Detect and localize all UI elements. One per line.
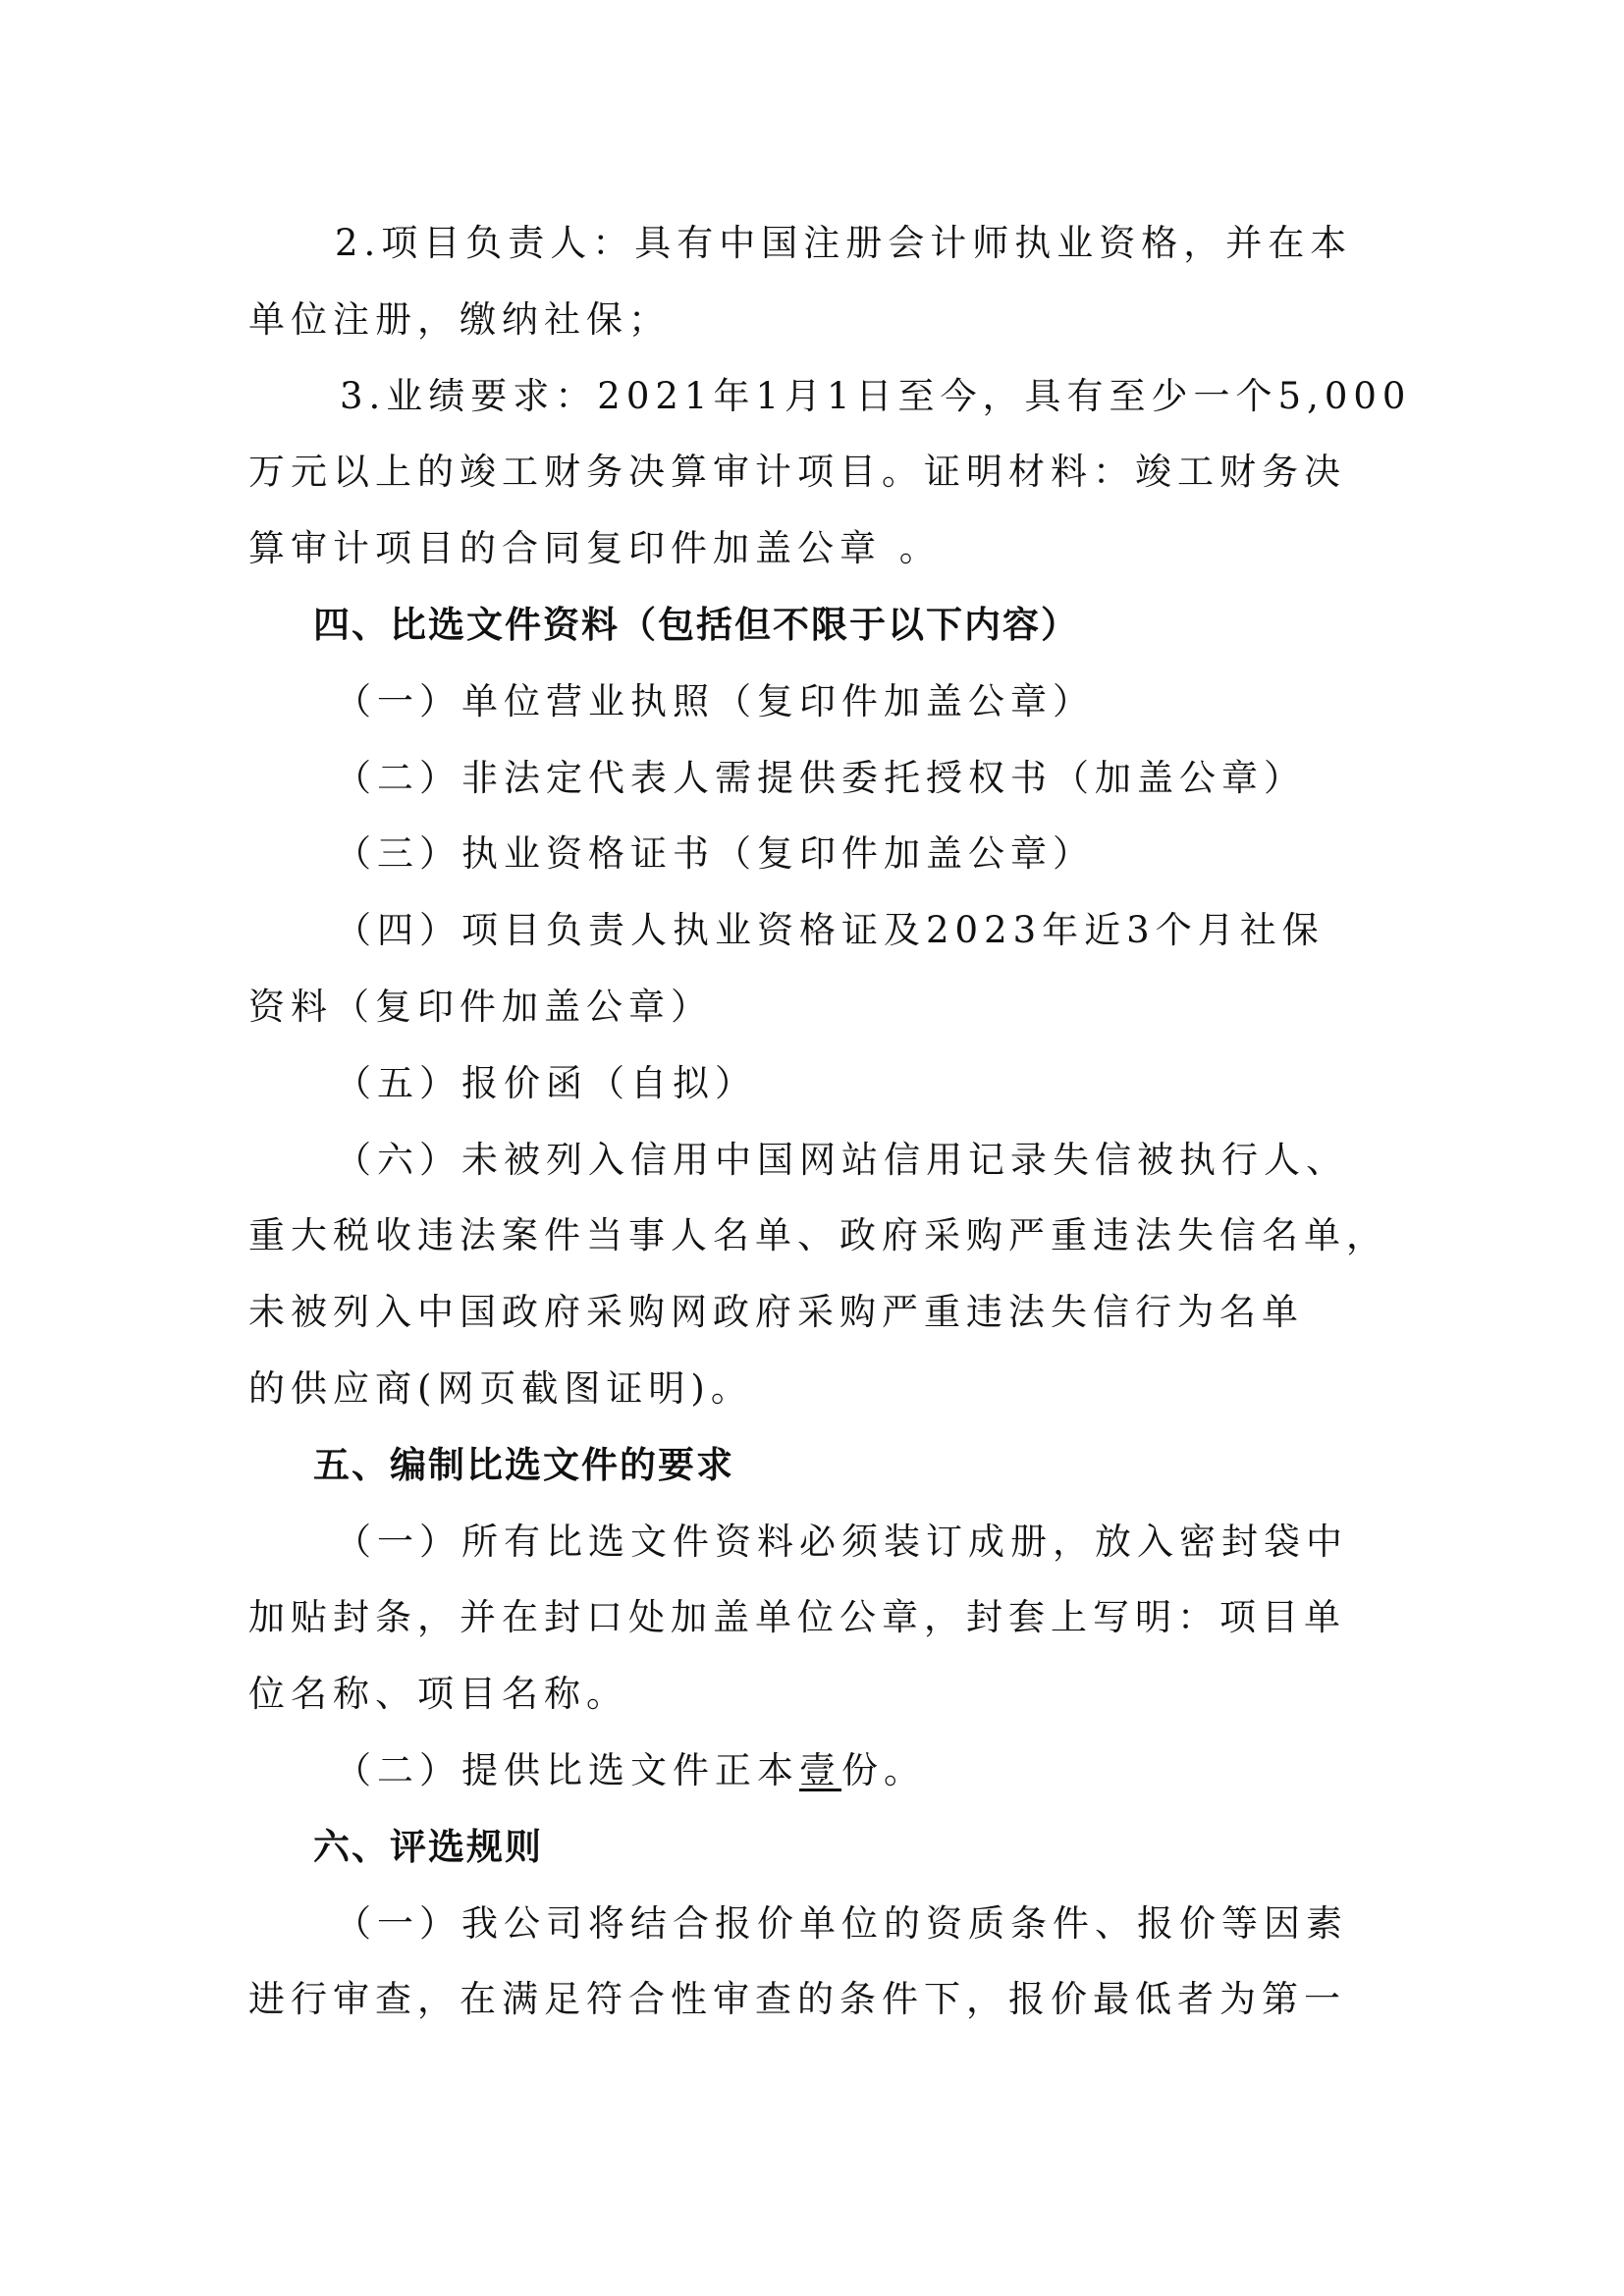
list-item-continuation: 位名称、项目名称。 xyxy=(248,1656,1387,1733)
list-item-continuation: 未被列入中国政府采购网政府采购严重违法失信行为名单 xyxy=(248,1274,1387,1351)
list-item: （二）非法定代表人需提供委托授权书（加盖公章） xyxy=(248,740,1387,817)
list-item: （六）未被列入信用中国网站信用记录失信被执行人、 xyxy=(248,1122,1387,1199)
section-heading: 五、编制比选文件的要求 xyxy=(248,1427,1387,1504)
section-heading: 四、比选文件资料（包括但不限于以下内容） xyxy=(248,587,1387,664)
list-item: （一）所有比选文件资料必须装订成册，放入密封袋中 xyxy=(248,1504,1387,1580)
paragraph-line: 3.业绩要求：2021年1月1日至今，具有至少一个5,000 xyxy=(248,358,1387,435)
list-item-continuation: 加贴封条，并在封口处加盖单位公章，封套上写明：项目单 xyxy=(248,1579,1387,1656)
list-item: （二）提供比选文件正本壹份。 xyxy=(248,1733,1387,1809)
section-heading: 六、评选规则 xyxy=(248,1809,1387,1886)
list-item-text: （二）提供比选文件正本 xyxy=(335,1749,799,1791)
list-item-continuation: 资料（复印件加盖公章） xyxy=(248,969,1387,1045)
paragraph-line: 算审计项目的合同复印件加盖公章 。 xyxy=(248,510,1387,587)
list-item-continuation: 进行审查，在满足符合性审查的条件下，报价最低者为第一 xyxy=(248,1961,1387,2038)
paragraph-line: 单位注册，缴纳社保； xyxy=(248,282,1387,358)
list-item: （三）执业资格证书（复印件加盖公章） xyxy=(248,816,1387,892)
list-item: （一）我公司将结合报价单位的资质条件、报价等因素 xyxy=(248,1886,1387,1962)
list-item: （五）报价函（自拟） xyxy=(248,1045,1387,1122)
list-item-continuation: 的供应商(网页截图证明)。 xyxy=(248,1351,1387,1427)
paragraph-line: 万元以上的竣工财务决算审计项目。证明材料：竣工财务决 xyxy=(248,434,1387,510)
document-page: 2.项目负责人：具有中国注册会计师执业资格，并在本 单位注册，缴纳社保； 3.业… xyxy=(248,205,1387,2038)
underlined-quantity: 壹 xyxy=(799,1749,841,1791)
list-item-continuation: 重大税收违法案件当事人名单、政府采购严重违法失信名单， xyxy=(248,1198,1387,1274)
list-item-text: 份。 xyxy=(841,1749,926,1791)
paragraph-line: 2.项目负责人：具有中国注册会计师执业资格，并在本 xyxy=(248,205,1387,282)
list-item: （一）单位营业执照（复印件加盖公章） xyxy=(248,664,1387,740)
list-item: （四）项目负责人执业资格证及2023年近3个月社保 xyxy=(248,892,1387,969)
